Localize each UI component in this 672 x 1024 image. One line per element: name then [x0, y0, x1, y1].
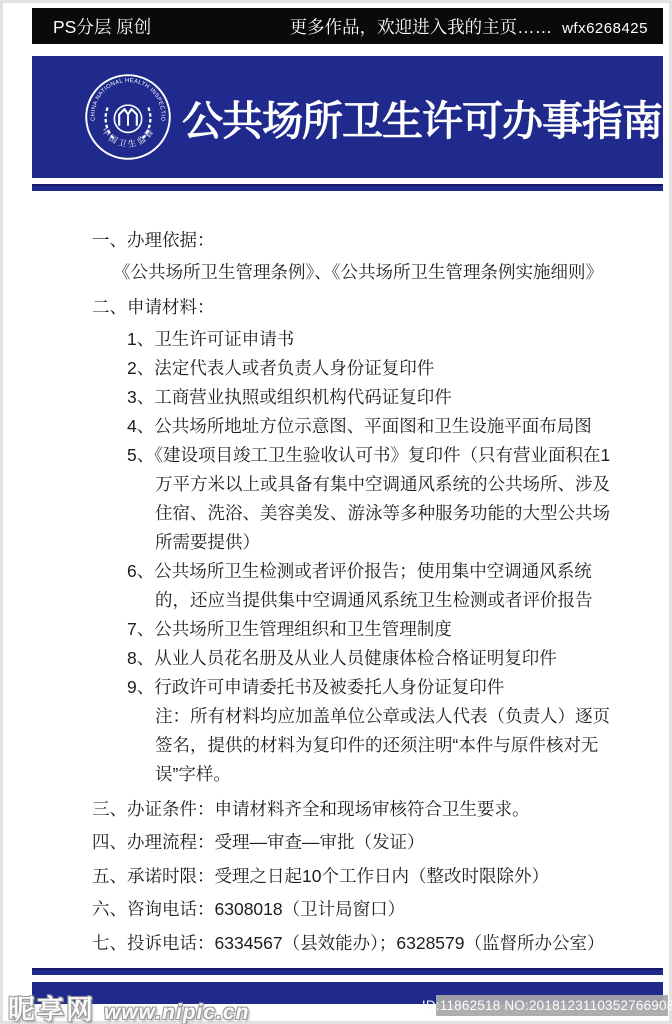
material-item-7: 7、公共场所卫生管理组织和卫生管理制度: [127, 615, 622, 644]
material-item-8-text: 从业人员花名册及从业人员健康体检合格证明复印件: [154, 648, 557, 668]
svg-text:CHINA NATIONAL HEALTH INSPECTI: CHINA NATIONAL HEALTH INSPECTION: [84, 73, 165, 122]
section-inquiry-phone: 六、 咨询电话：6308018（卫计局窗口）: [92, 893, 622, 926]
section-inquiry-phone-text: 咨询电话：6308018（卫计局窗口）: [127, 893, 405, 926]
material-item-5-text: 《建设项目竣工卫生验收认可书》复印件（只有营业面积在1万平方米以上或具备有集中空…: [154, 445, 610, 552]
materials-list: 1、卫生许可证申请书 2、法定代表人或者负责人身份证复印件 3、工商营业执照或组…: [127, 325, 622, 789]
material-item-3-text: 工商营业执照或组织机构代码证复印件: [154, 387, 452, 407]
basis-regulations-text: 《公共场所卫生管理条例》、《公共场所卫生管理条例实施细则》: [113, 256, 622, 288]
material-item-1-text: 卫生许可证申请书: [154, 329, 294, 349]
section-complaint-phone-text: 投诉电话：6334567（县效能办）；6328579（监督所办公室）: [127, 927, 605, 960]
section-inquiry-phone-label: 六、: [92, 893, 127, 926]
credit-right-label: 更多作品，欢迎进入我的主页……: [290, 14, 553, 39]
material-item-6-text: 公共场所卫生检测或者评价报告；使用集中空调通风系统的，还应当提供集中空调通风系统…: [154, 561, 592, 610]
material-item-4-num: 4、: [127, 416, 154, 436]
svg-text:中国卫生监督: 中国卫生监督: [100, 125, 157, 149]
page-title: 公共场所卫生许可办事指南: [182, 88, 662, 147]
section-materials-heading: 二、 申请材料：: [92, 291, 622, 323]
nipic-watermark: 昵享网 www.nipic.cn: [8, 988, 249, 1024]
section-time-limit-text: 承诺时限：受理之日起10个工作日内（整改时限除外）: [127, 860, 549, 893]
poster-page: PS分层 原创 更多作品，欢迎进入我的主页…… wfx6268425 CHINA…: [0, 0, 672, 1024]
material-item-2-text: 法定代表人或者负责人身份证复印件: [154, 358, 434, 378]
section-complaint-phone-label: 七、: [92, 927, 127, 960]
summary-rows: 三、 办证条件：申请材料齐全和现场审核符合卫生要求。 四、 办理流程：受理—审查…: [92, 793, 622, 960]
material-item-4: 4、公共场所地址方位示意图、平面图和卫生设施平面布局图: [127, 412, 622, 441]
section-conditions-label: 三、: [92, 793, 127, 826]
top-credit-bar: PS分层 原创 更多作品，欢迎进入我的主页…… wfx6268425: [32, 8, 663, 44]
section-process: 四、 办理流程：受理—审查—审批（发证）: [92, 826, 622, 859]
section-complaint-phone: 七、 投诉电话：6334567（县效能办）；6328579（监督所办公室）: [92, 927, 622, 960]
section-materials-label: 二、: [92, 291, 127, 323]
material-item-6-num: 6、: [127, 561, 154, 581]
credit-right-group: 更多作品，欢迎进入我的主页…… wfx6268425: [290, 14, 648, 39]
material-item-6: 6、公共场所卫生检测或者评价报告；使用集中空调通风系统的，还应当提供集中空调通风…: [127, 557, 622, 615]
material-item-8-num: 8、: [127, 648, 154, 668]
health-inspection-seal-icon: CHINA NATIONAL HEALTH INSPECTION 中国卫生监督: [84, 73, 172, 161]
section-basis-label: 一、: [92, 224, 127, 256]
material-item-1-num: 1、: [127, 329, 154, 349]
watermark-site-url: www.nipic.cn: [104, 1001, 249, 1024]
section-conditions: 三、 办证条件：申请材料齐全和现场审核符合卫生要求。: [92, 793, 622, 826]
material-item-7-text: 公共场所卫生管理组织和卫生管理制度: [154, 619, 452, 639]
material-item-3-num: 3、: [127, 387, 154, 407]
header-divider-stripe: [32, 184, 663, 191]
header-band: CHINA NATIONAL HEALTH INSPECTION 中国卫生监督 …: [32, 56, 663, 178]
footer-divider-stripe: [32, 968, 663, 975]
material-item-3: 3、工商营业执照或组织机构代码证复印件: [127, 383, 622, 412]
material-item-4-text: 公共场所地址方位示意图、平面图和卫生设施平面布局图: [154, 416, 592, 436]
credit-author-code: wfx6268425: [562, 20, 648, 37]
material-item-8: 8、从业人员花名册及从业人员健康体检合格证明复印件: [127, 644, 622, 673]
material-item-5-num: 5、: [127, 445, 154, 465]
guide-content: 一、 办理依据： 《公共场所卫生管理条例》、《公共场所卫生管理条例实施细则》 二…: [92, 224, 622, 960]
section-time-limit-label: 五、: [92, 860, 127, 893]
section-basis-heading: 一、 办理依据：: [92, 224, 622, 256]
material-item-9-num: 9、: [127, 677, 154, 697]
material-item-7-num: 7、: [127, 619, 154, 639]
section-basis-title: 办理依据：: [127, 224, 215, 256]
material-item-2: 2、法定代表人或者负责人身份证复印件: [127, 354, 622, 383]
watermark-site-name: 昵享网: [8, 988, 95, 1024]
material-item-1: 1、卫生许可证申请书: [127, 325, 622, 354]
credit-left-label: PS分层 原创: [53, 14, 151, 39]
section-conditions-text: 办证条件：申请材料齐全和现场审核符合卫生要求。: [127, 793, 530, 826]
section-materials-title: 申请材料：: [127, 291, 215, 323]
image-id-badge: ID:11862518 NO:20181231103527669086: [436, 995, 668, 1016]
material-item-5: 5、《建设项目竣工卫生验收认可书》复印件（只有营业面积在1万平方米以上或具备有集…: [127, 441, 622, 557]
section-time-limit: 五、 承诺时限：受理之日起10个工作日内（整改时限除外）: [92, 860, 622, 893]
materials-note: 注：所有材料均应加盖单位公章或法人代表（负责人）逐页签名，提供的材料为复印件的还…: [155, 702, 622, 789]
material-item-9: 9、行政许可申请委托书及被委托人身份证复印件: [127, 673, 622, 702]
material-item-9-text: 行政许可申请委托书及被委托人身份证复印件: [154, 677, 504, 697]
section-process-text: 办理流程：受理—审查—审批（发证）: [127, 826, 425, 859]
material-item-2-num: 2、: [127, 358, 154, 378]
section-process-label: 四、: [92, 826, 127, 859]
